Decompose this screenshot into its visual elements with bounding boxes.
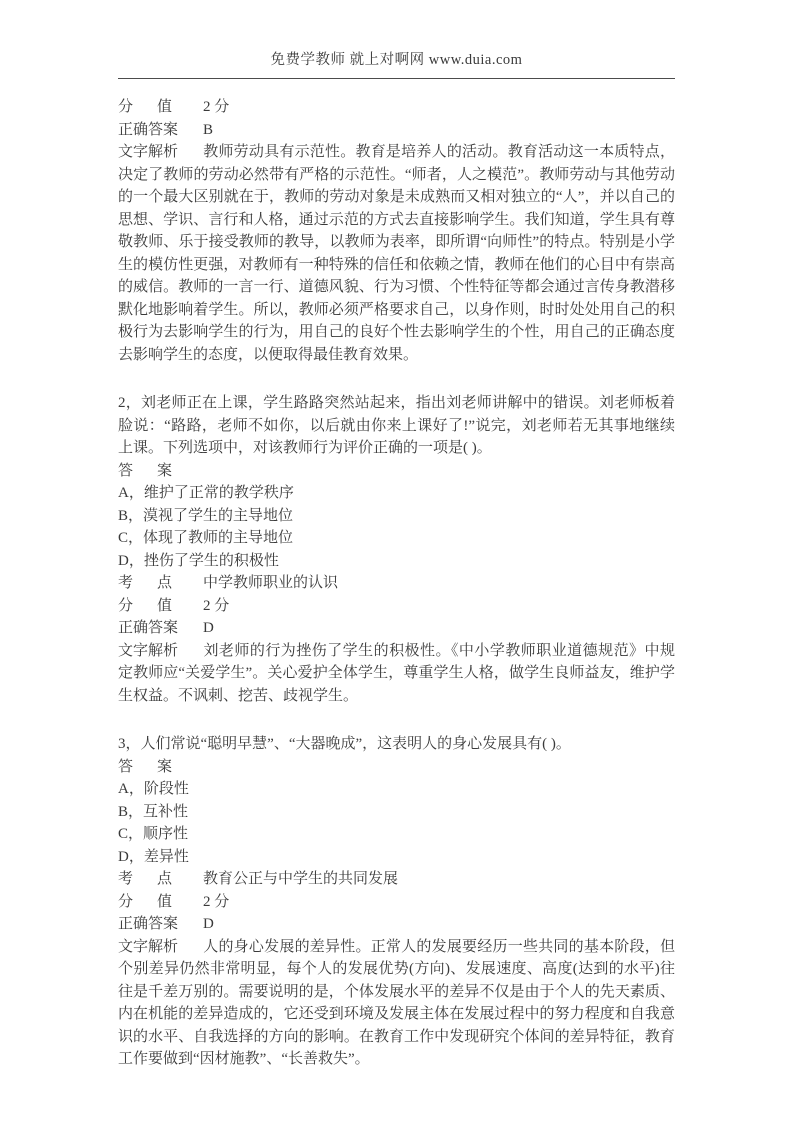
question-text: 3，人们常说“聪明早慧”、“大器晚成”，这表明人的身心发展具有( )。 bbox=[118, 733, 675, 756]
option-d: D，差异性 bbox=[118, 846, 675, 869]
score-label: 分值 bbox=[118, 595, 203, 618]
option-a: A，阶段性 bbox=[118, 778, 675, 801]
correct-answer-value: D bbox=[203, 913, 214, 936]
correct-answer-label: 正确答案 bbox=[118, 617, 203, 640]
question-1-block: 分值 2 分 正确答案 B 文字解析教师劳动具有示范性。教育是培养人的活动。教育… bbox=[118, 96, 675, 366]
page-header: 免费学教师 就上对啊网 www.duia.com bbox=[118, 50, 675, 79]
correct-answer-value: B bbox=[203, 119, 213, 142]
score-value: 2 分 bbox=[203, 891, 229, 914]
score-row: 分值 2 分 bbox=[118, 96, 675, 119]
answer-label: 答案 bbox=[118, 756, 203, 779]
question-2-block: 2，刘老师正在上课，学生路路突然站起来，指出刘老师讲解中的错误。刘老师板着脸说：… bbox=[118, 392, 675, 707]
score-label: 分值 bbox=[118, 891, 203, 914]
question-text: 2，刘老师正在上课，学生路路突然站起来，指出刘老师讲解中的错误。刘老师板着脸说：… bbox=[118, 392, 675, 460]
option-b: B，漠视了学生的主导地位 bbox=[118, 505, 675, 528]
header-brand-text: 免费学教师 就上对啊网 www.duia.com bbox=[271, 52, 523, 68]
analysis-paragraph: 文字解析刘老师的行为挫伤了学生的积极性。《中小学教师职业道德规范》中规定教师应“… bbox=[118, 640, 675, 708]
answer-label: 答案 bbox=[118, 460, 203, 483]
option-d: D，挫伤了学生的积极性 bbox=[118, 550, 675, 573]
analysis-paragraph: 文字解析人的身心发展的差异性。正常人的发展要经历一些共同的基本阶段，但个别差异仍… bbox=[118, 936, 675, 1071]
analysis-paragraph: 文字解析教师劳动具有示范性。教育是培养人的活动。教育活动这一本质特点，决定了教师… bbox=[118, 141, 675, 366]
exam-point-label: 考点 bbox=[118, 572, 203, 595]
exam-point-row: 考点 中学教师职业的认识 bbox=[118, 572, 675, 595]
correct-answer-row: 正确答案 D bbox=[118, 617, 675, 640]
score-label: 分值 bbox=[118, 96, 203, 119]
option-a: A，维护了正常的教学秩序 bbox=[118, 482, 675, 505]
analysis-label: 文字解析 bbox=[118, 640, 203, 663]
answer-heading-row: 答案 bbox=[118, 460, 675, 483]
exam-point-value: 中学教师职业的认识 bbox=[203, 572, 338, 595]
score-row: 分值 2 分 bbox=[118, 891, 675, 914]
exam-point-value: 教育公正与中学生的共同发展 bbox=[203, 868, 398, 891]
document-content: 分值 2 分 正确答案 B 文字解析教师劳动具有示范性。教育是培养人的活动。教育… bbox=[118, 79, 675, 1071]
question-3-block: 3，人们常说“聪明早慧”、“大器晚成”，这表明人的身心发展具有( )。 答案 A… bbox=[118, 733, 675, 1071]
score-value: 2 分 bbox=[203, 96, 229, 119]
option-b: B，互补性 bbox=[118, 801, 675, 824]
option-c: C，顺序性 bbox=[118, 823, 675, 846]
correct-answer-value: D bbox=[203, 617, 214, 640]
correct-answer-row: 正确答案 D bbox=[118, 913, 675, 936]
correct-answer-row: 正确答案 B bbox=[118, 119, 675, 142]
analysis-label: 文字解析 bbox=[118, 936, 203, 959]
correct-answer-label: 正确答案 bbox=[118, 913, 203, 936]
correct-answer-label: 正确答案 bbox=[118, 119, 203, 142]
exam-point-label: 考点 bbox=[118, 868, 203, 891]
score-row: 分值 2 分 bbox=[118, 595, 675, 618]
option-c: C，体现了教师的主导地位 bbox=[118, 527, 675, 550]
analysis-label: 文字解析 bbox=[118, 141, 203, 164]
analysis-text: 教师劳动具有示范性。教育是培养人的活动。教育活动这一本质特点，决定了教师的劳动必… bbox=[118, 144, 675, 363]
score-value: 2 分 bbox=[203, 595, 229, 618]
analysis-text: 人的身心发展的差异性。正常人的发展要经历一些共同的基本阶段，但个别差异仍然非常明… bbox=[118, 939, 675, 1068]
document-page: 免费学教师 就上对啊网 www.duia.com 分值 2 分 正确答案 B 文… bbox=[0, 0, 793, 1122]
exam-point-row: 考点 教育公正与中学生的共同发展 bbox=[118, 868, 675, 891]
answer-heading-row: 答案 bbox=[118, 756, 675, 779]
